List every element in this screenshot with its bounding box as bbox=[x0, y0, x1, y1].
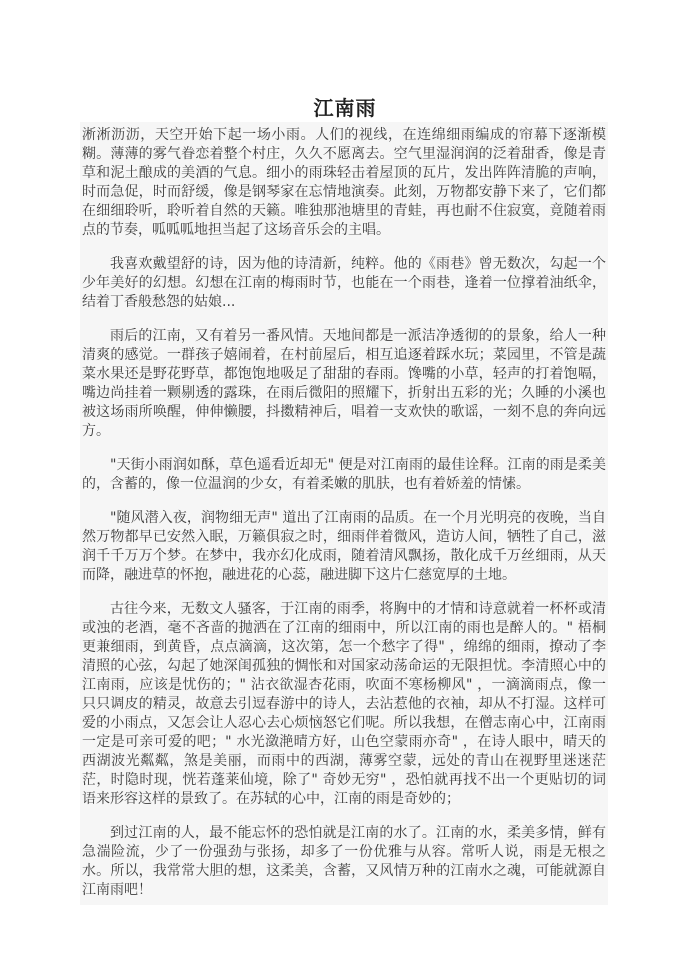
paragraph: "天街小雨润如酥，草色遥看近却无" 便是对江南雨的最佳诠释。江南的雨是柔美的，含… bbox=[82, 456, 606, 494]
paragraph: 到过江南的人，最不能忘怀的恐怕就是江南的水了。江南的水，柔美多情，鲜有急湍险流，… bbox=[82, 824, 606, 900]
paragraph: 雨后的江南，又有着另一番风情。天地间都是一派洁净透彻的的景象，给人一种清爽的感觉… bbox=[82, 327, 606, 441]
essay-body: 淅淅沥沥，天空开始下起一场小雨。人们的视线，在连绵细雨编成的帘幕下逐渐模糊。薄薄… bbox=[80, 122, 608, 905]
paragraph: 古往今来，无数文人骚客，于江南的雨季，将胸中的才情和诗意就着一杯杯或清或浊的老酒… bbox=[82, 600, 606, 809]
document-page: 江南雨 淅淅沥沥，天空开始下起一场小雨。人们的视线，在连绵细雨编成的帘幕下逐渐模… bbox=[0, 0, 690, 976]
page-title: 江南雨 bbox=[0, 96, 690, 120]
paragraph: "随风潜入夜，润物细无声" 道出了江南雨的品质。在一个月光明亮的夜晚，当自然万物… bbox=[82, 509, 606, 585]
paragraph: 淅淅沥沥，天空开始下起一场小雨。人们的视线，在连绵细雨编成的帘幕下逐渐模糊。薄薄… bbox=[82, 126, 606, 240]
paragraph: 我喜欢戴望舒的诗，因为他的诗清新，纯粹。他的《雨巷》曾无数次，勾起一个少年美好的… bbox=[82, 255, 606, 312]
